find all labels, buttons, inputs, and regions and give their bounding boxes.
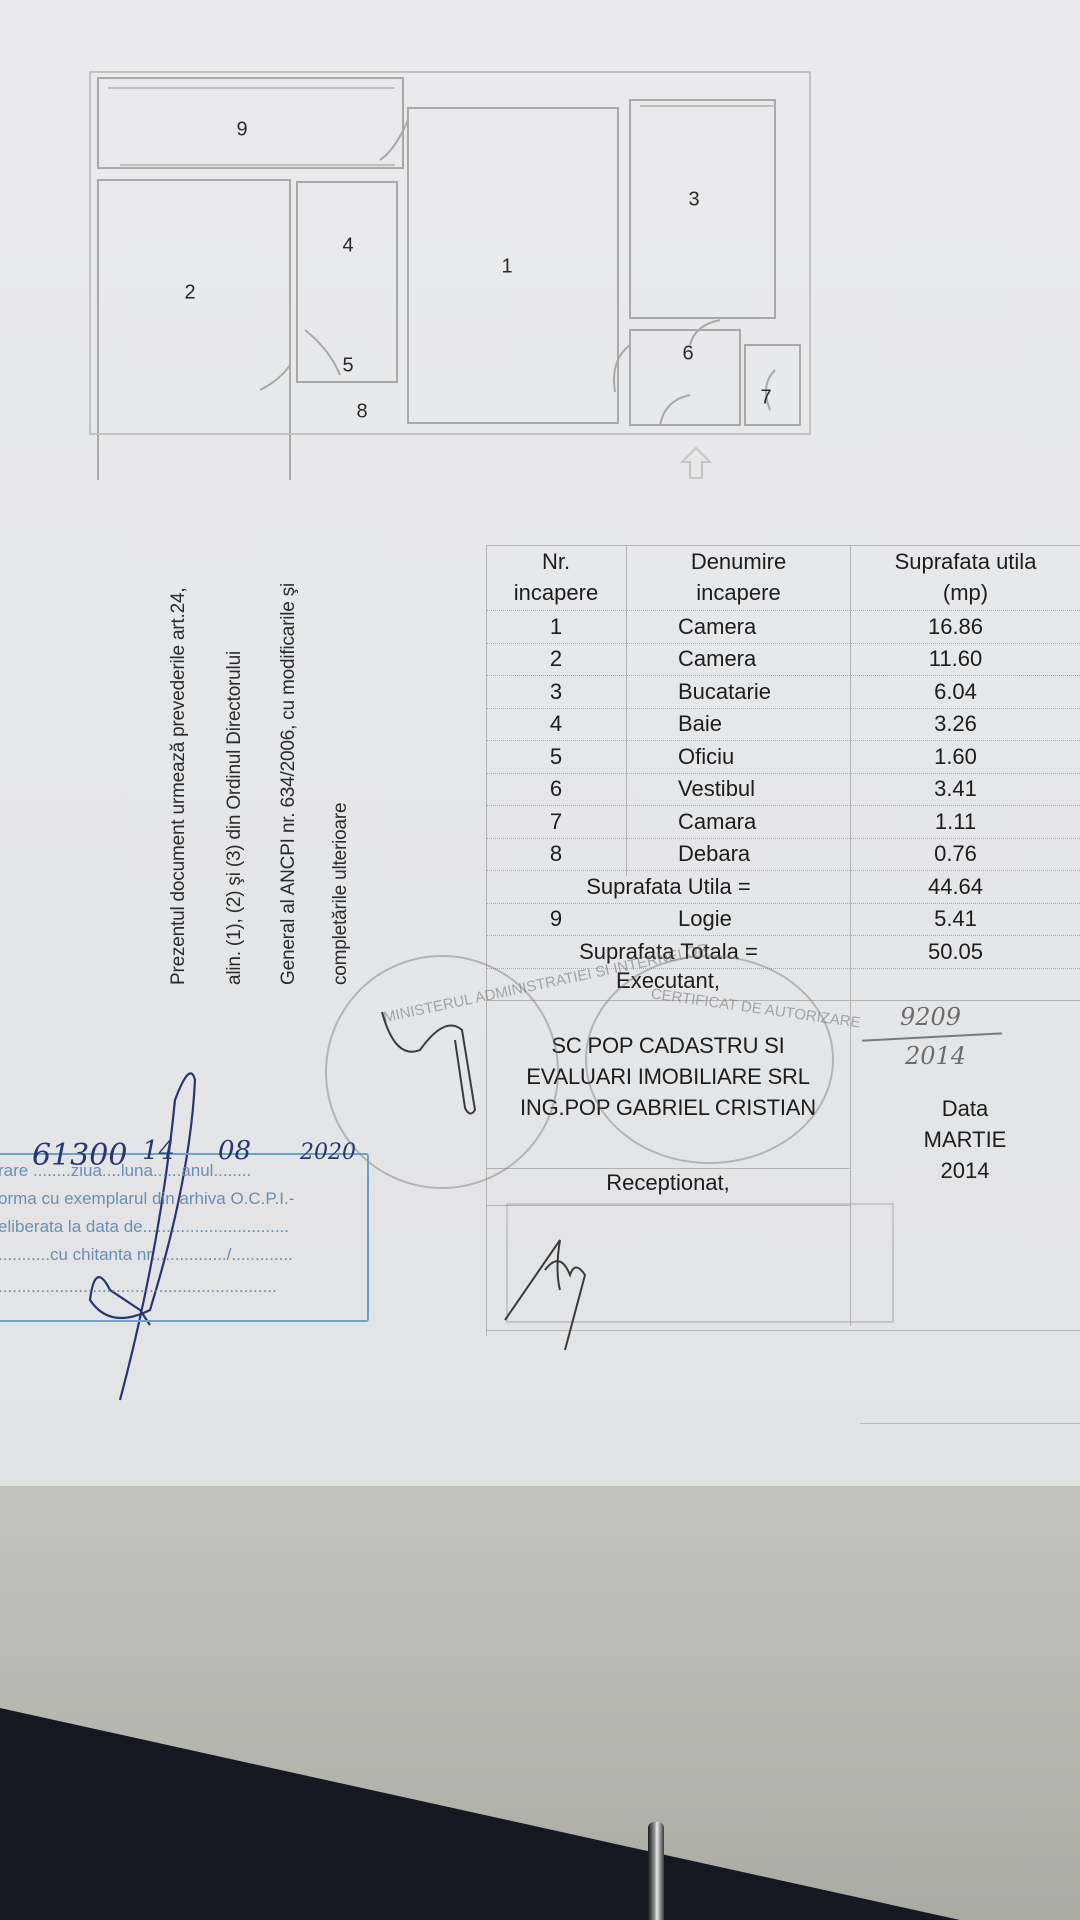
document-page: 9 2 4 1 3 5 8 6 7 Prezentul document urm… <box>0 0 1080 1486</box>
ocpi-handwritten-number: 61300 <box>32 1138 127 1173</box>
pen <box>648 1822 664 1920</box>
ocpi-line-5: ........................................… <box>0 1277 277 1297</box>
ocpi-handwritten-year: 2020 <box>300 1140 356 1165</box>
ocpi-conformity-stamp: rare ........ziua....luna......anul.....… <box>0 1153 369 1322</box>
ocpi-line-4: ...........cu chitanta nr...............… <box>0 1245 293 1265</box>
ocpi-line-2: orma cu exemplarul din arhiva O.C.P.I.- <box>0 1189 294 1209</box>
receptionat-signature <box>505 1240 585 1350</box>
ocpi-handwritten-month: 08 <box>218 1136 251 1166</box>
executant-signature <box>382 1012 475 1114</box>
paper-edge <box>860 1423 1080 1424</box>
ocpi-line-3: eliberata la data de....................… <box>0 1217 289 1237</box>
ocpi-handwritten-day: 14 <box>142 1136 175 1166</box>
